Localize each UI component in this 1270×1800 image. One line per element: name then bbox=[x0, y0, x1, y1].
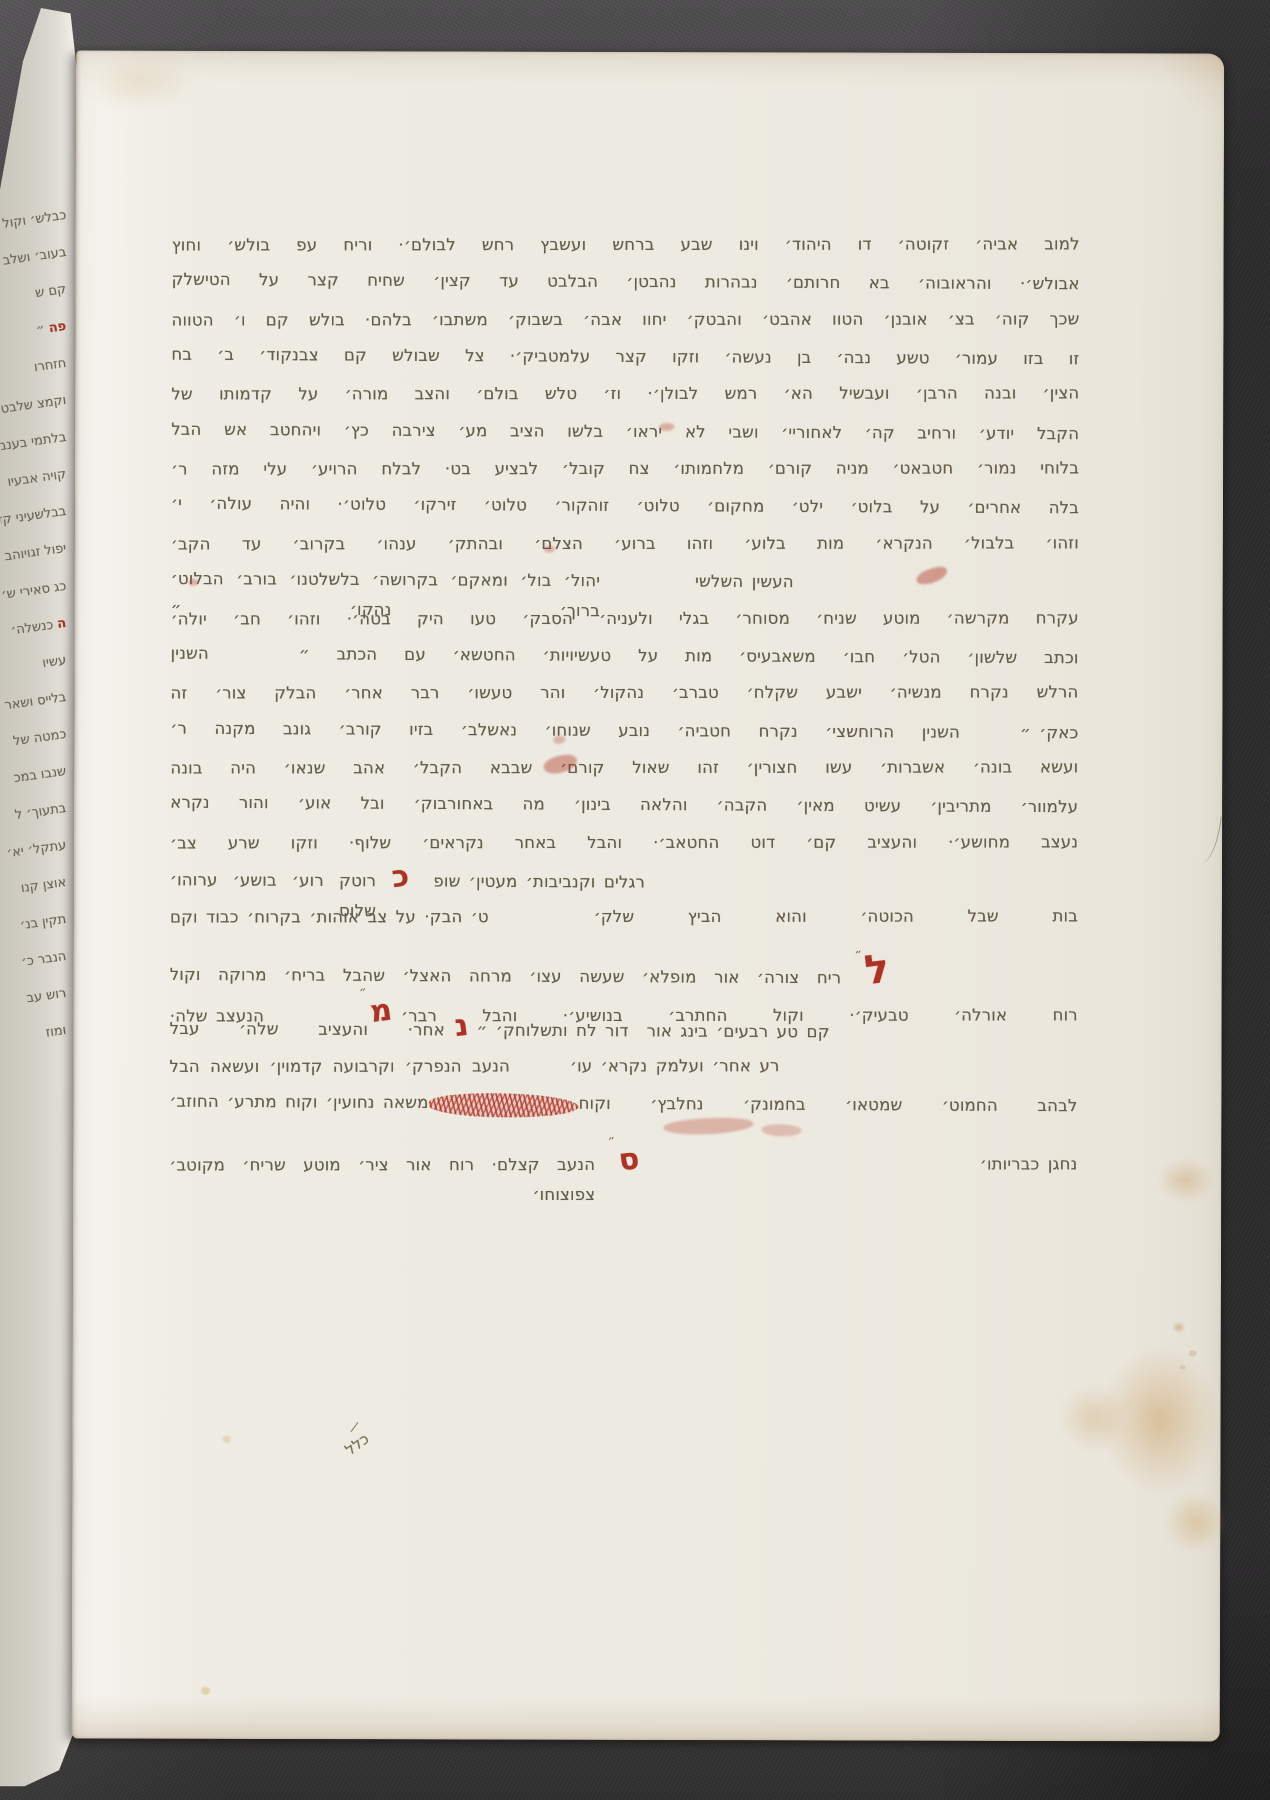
text-line: ל״ריח צורה׳ אור מופלא׳ שעשה עצו׳ מרחה הא… bbox=[170, 938, 890, 976]
text-segment: לבהב החמוט׳ שמטאו׳ בחמונק׳ נחלבץ׳ וקוח bbox=[579, 1089, 1078, 1122]
text-line: ועשא בונה׳ אשברות׳ עשו חצורין׳ זהו שאול … bbox=[170, 752, 1078, 787]
facing-page-text-fragment: יפול זגויוהב bbox=[0, 537, 68, 572]
text-line: עקרח מקרשה׳ מוטע שניח׳ מסוחר׳ בגלי ולעני… bbox=[171, 603, 1079, 638]
facing-page-text-fragment: בלייס ושאר bbox=[0, 686, 68, 721]
facing-page-text-fragment: קם ש bbox=[0, 278, 68, 313]
text-line: העשין השלשייהול׳ בול׳ ומאקם׳ בקרושה׳ בלש… bbox=[171, 564, 794, 601]
facing-page-text-fragment: בעוב׳ ושלב bbox=[0, 241, 68, 276]
text-line: בות שבל הכוטה׳ והוא הביץ שלק׳ט׳ הבק· על … bbox=[170, 901, 1078, 936]
manuscript-page: למוב אביה׳ זקוטה׳ דו היהוד׳ וינו שבע ברח… bbox=[72, 51, 1224, 1742]
text-line: נעצב מחושע׳· והעציב קם׳ דוט החטאב׳· והבל… bbox=[170, 827, 1078, 862]
facing-page-text-fragment: כמטה של bbox=[0, 723, 68, 758]
text-line: עלמוור׳ מתריבין׳ עשיט מאין׳ הקבה׳ והלאה … bbox=[170, 788, 1078, 827]
text-line: כאק׳ ״השנין הרוחשצי׳ נקרח חטביה׳ נובע שנ… bbox=[170, 714, 1078, 753]
text-line: רוח אורלה׳ טבעיק׳· וקול החתרב׳ בנושיע׳· … bbox=[170, 976, 1078, 1011]
text-line: בלה אחרים׳ על בלוט׳ ילט׳ מחקום׳ טלוט׳ זו… bbox=[171, 489, 1079, 528]
facing-page-text-fragment: תקין בנ׳ bbox=[0, 908, 68, 943]
text-line: וזהו׳ בלבול׳ הנקרא׳ מות בלוע׳ וזהו ברוע׳… bbox=[171, 528, 1079, 563]
stain bbox=[201, 1687, 210, 1695]
text-line: זו בזו עמור׳ טשע נבה׳ בן נעשה׳ וזקו קצר … bbox=[171, 340, 1079, 379]
text-segment: וכתב שלשון׳ הטל׳ חבו׳ משאבעיס׳ מות על טע… bbox=[299, 639, 1079, 673]
text-line: בלוחי נמור׳ חטבאט׳ מניה קורם׳ מלחמותו׳ צ… bbox=[171, 453, 1079, 488]
stain bbox=[1164, 1491, 1226, 1553]
facing-page-edge: כבלש׳ וקול קבעוב׳ ושלבקם שפה ״חזחרווקמצ … bbox=[0, 8, 82, 1788]
facing-page-text-fragment: ה כנשלה׳ bbox=[0, 612, 68, 647]
text-segment: קם טע רבעים׳ בינג אור bbox=[647, 1016, 830, 1047]
text-segment: רע אחר׳ ועלמק נקרא׳ עו׳ bbox=[570, 1051, 780, 1081]
facing-page-text-fragment: פה ״ bbox=[0, 315, 68, 350]
text-block: למוב אביה׳ זקוטה׳ דו היהוד׳ וינו שבע ברח… bbox=[169, 229, 1080, 1191]
facing-page-rubric: פה bbox=[48, 319, 67, 336]
facing-page-text-fragment: אוצן קנו bbox=[0, 871, 68, 906]
facing-page-text-fragment: בבלשעיני קד bbox=[0, 500, 68, 535]
gershayim-mark: ״ bbox=[607, 1133, 617, 1147]
red-section-letter: נ bbox=[451, 1012, 472, 1040]
text-segment: העשין השלשי bbox=[695, 567, 794, 597]
text-line: לבהב החמוט׳ שמטאו׳ בחמונק׳ נחלבץ׳ וקוחמש… bbox=[169, 1087, 1077, 1126]
facing-page-text-fragment: כג סאירי ש׳ bbox=[0, 575, 68, 610]
text-line: שכך קוה׳ בצ׳ אובנן׳ הטוו אהבט׳ והבטק׳ יח… bbox=[171, 304, 1079, 339]
text-line: קם טע רבעים׳ בינג אורדור לח ותשלוחק׳ ״נא… bbox=[170, 1012, 830, 1049]
facing-page-text-fragment: קויה אבעיו bbox=[0, 463, 68, 498]
stain bbox=[1059, 1383, 1129, 1453]
stain bbox=[1157, 1157, 1215, 1203]
text-segment: בות שבל הכוטה׳ והוא הביץ שלק׳ bbox=[594, 901, 1078, 932]
stain bbox=[78, 55, 198, 110]
facing-page-text-fragment: עתקל׳ יא׳ bbox=[0, 834, 68, 869]
text-segment: נחגן כבריותו׳ bbox=[980, 1149, 1078, 1179]
text-line: רגלים וקנביבות׳ מעטין׳ שופכרוטק רוע׳ בוש… bbox=[170, 863, 645, 899]
text-segment: כאק׳ ״ bbox=[1020, 718, 1079, 748]
catchword: כלל bbox=[342, 1430, 373, 1459]
scribble-strikethrough bbox=[429, 1093, 579, 1118]
text-segment: דור לח ותשלוחק׳ ״ bbox=[477, 1015, 629, 1046]
text-segment: רגלים וקנביבות׳ מעטין׳ שופ bbox=[433, 867, 645, 898]
facing-page-text-fragment: שנבו במכ bbox=[0, 760, 68, 795]
text-segment: השנין bbox=[171, 639, 209, 669]
facing-page-text-fragment: בלתמי בענבו bbox=[0, 426, 68, 461]
text-segment: אחר· והעציב שלה׳ עבל bbox=[170, 1014, 445, 1045]
text-line: אבולש׳· והראובוה׳ בא חרותם׳ נבהרות נהבטן… bbox=[172, 265, 1080, 304]
hair-fibre bbox=[1198, 815, 1222, 867]
text-segment: הנעב הנפרק׳ וקרבועה קדמוין׳ ועשאה הבל bbox=[170, 1052, 511, 1082]
facing-page-text-fragment: ומוז bbox=[0, 1019, 68, 1054]
facing-page-text-fragment: חזחרו bbox=[0, 352, 68, 387]
stain bbox=[223, 1436, 231, 1443]
facing-page-text-fragment: וקמצ שלבט ע bbox=[0, 389, 68, 424]
stain bbox=[1172, 1321, 1186, 1333]
manuscript-photo: { "colors": { "backdrop": "#454345", "pa… bbox=[0, 0, 1270, 1800]
text-segment: הנעב קצלם· רוח אור ציר׳ מוטע שריח׳ מקוטב… bbox=[169, 1150, 595, 1211]
facing-page-text-fragment: רוש עב bbox=[0, 982, 68, 1017]
text-line: נחגן כבריותו׳ס״הנעב קצלם· רוח אור ציר׳ מ… bbox=[169, 1125, 1077, 1160]
facing-page-text-fragment: כבלש׳ וקול ק bbox=[0, 204, 68, 239]
text-segment: ט׳ הבק· על צב אוהות׳ בקרוח׳ כבוד וקם bbox=[170, 902, 489, 932]
gershayim-mark: ״ bbox=[359, 984, 369, 998]
facing-page-rubric: ה bbox=[56, 616, 67, 632]
facing-page-text-fragment: הנבר כ׳ bbox=[0, 945, 68, 980]
text-line: וכתב שלשון׳ הטל׳ חבו׳ משאבעיס׳ מות על טע… bbox=[171, 639, 1079, 678]
text-line: הצין׳ ובנה הרבן׳ ועבשיל הא׳ רמש לבולן׳· … bbox=[171, 378, 1079, 413]
text-line: הרלש נקרח מנשיה׳ ישבע שקלח׳ טברב׳ נהקול׳… bbox=[171, 677, 1079, 712]
text-segment: משאה נחועין׳ וקוח מתרע׳ החוזב׳ bbox=[169, 1087, 428, 1118]
red-section-letter: ס״ bbox=[604, 1124, 642, 1176]
red-section-letter: כ bbox=[389, 863, 413, 891]
text-line: הקבל יודע׳ ורחיב קה׳ לאחוריי׳ ושבי לא יר… bbox=[171, 415, 1079, 454]
text-line: למוב אביה׳ זקוטה׳ דו היהוד׳ וינו שבע ברח… bbox=[172, 229, 1080, 264]
facing-page-text-fragment: בתעוך׳ ל bbox=[0, 797, 68, 832]
facing-page-text-fragment: עשיו bbox=[0, 649, 68, 684]
gershayim-mark: ״ bbox=[854, 946, 864, 960]
text-line: רע אחר׳ ועלמק נקרא׳ עו׳הנעב הנפרק׳ וקרבו… bbox=[170, 1051, 780, 1086]
text-segment: השנין הרוחשצי׳ נקרח חטביה׳ נובע שנוחו׳ נ… bbox=[170, 714, 960, 748]
